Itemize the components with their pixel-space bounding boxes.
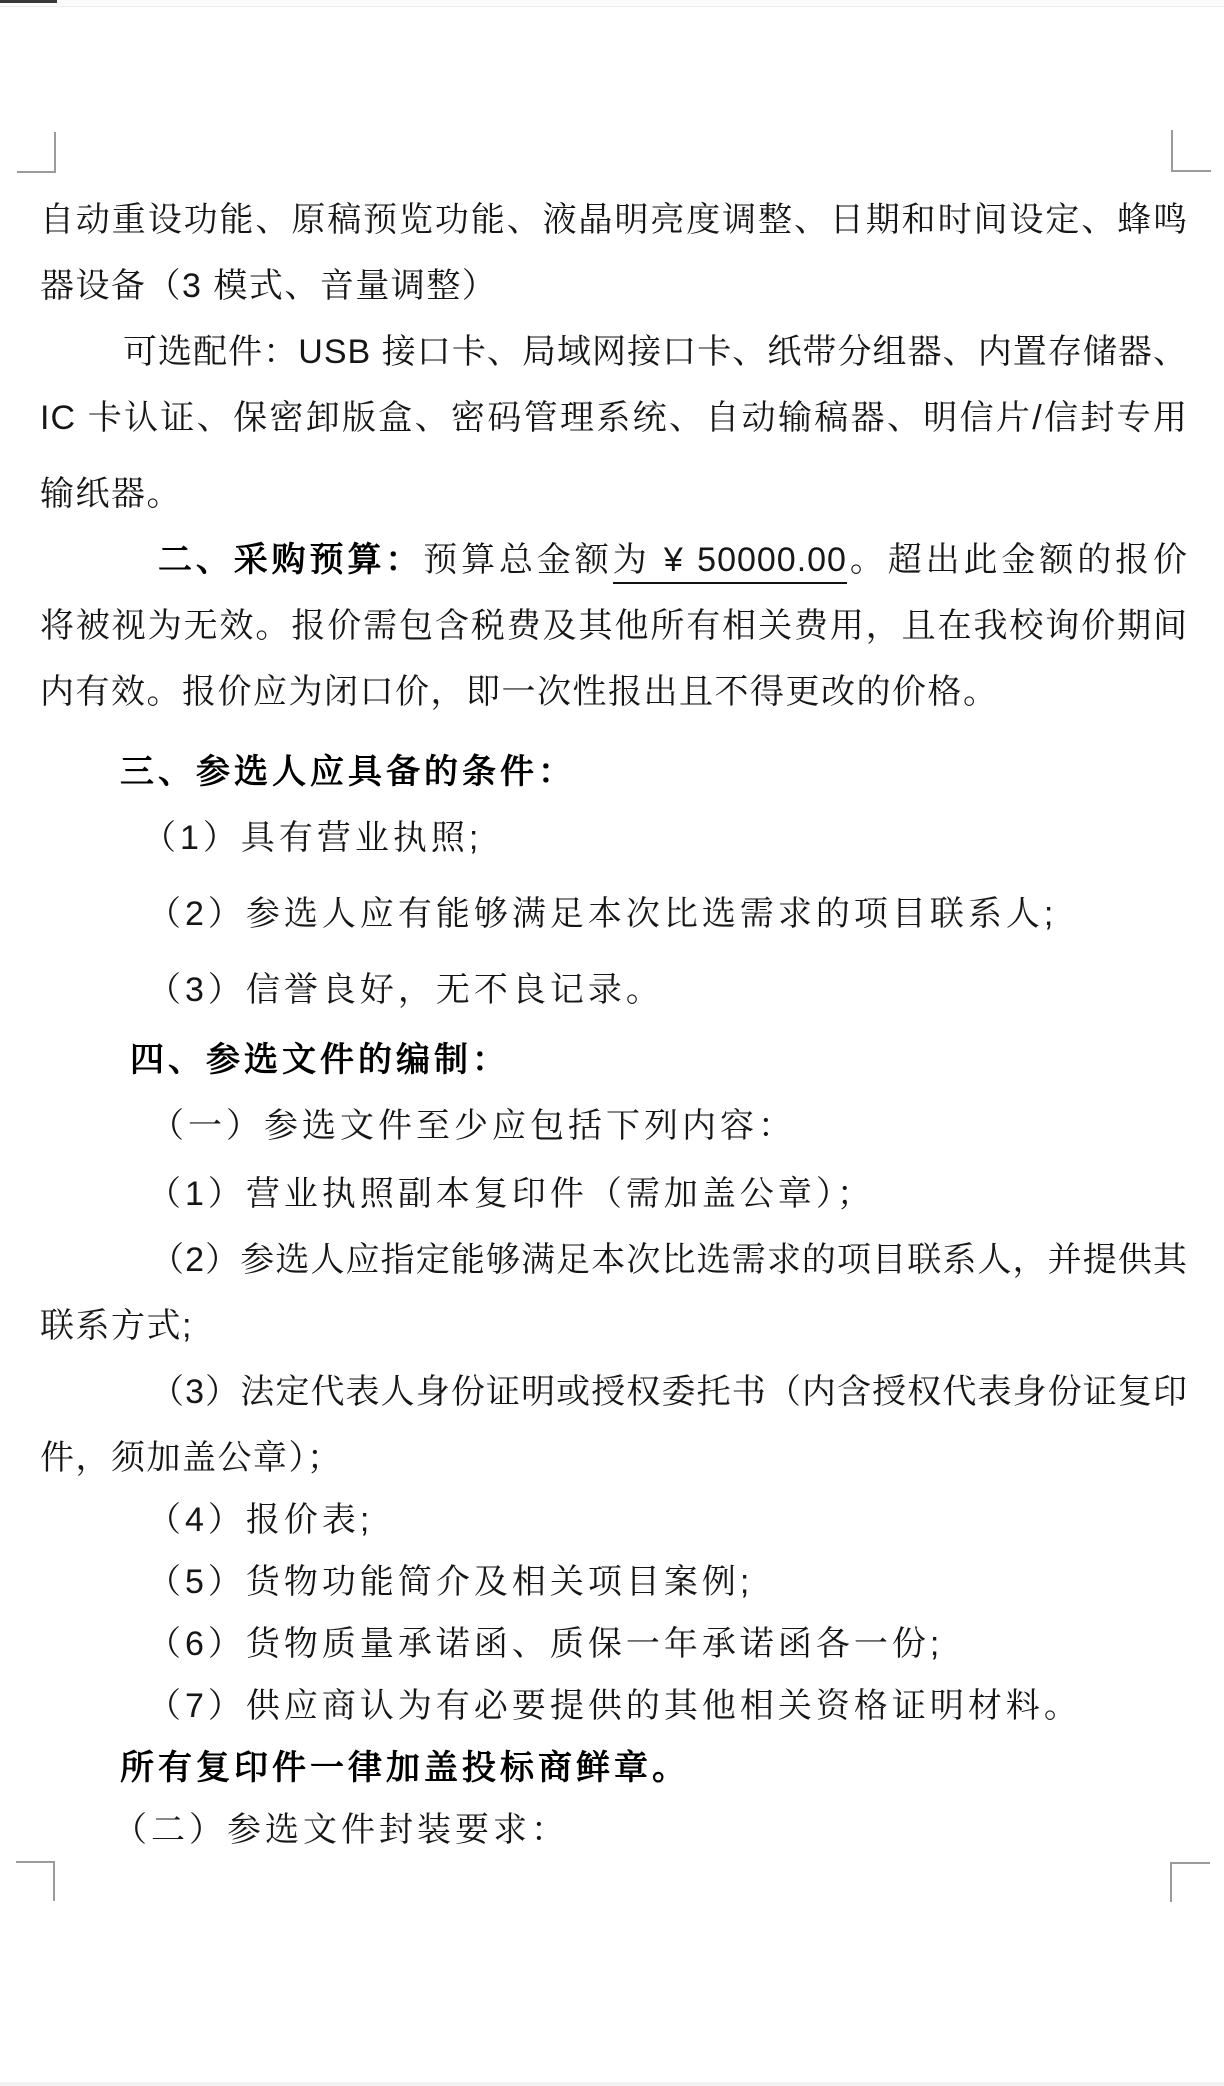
text-segment: 联系方式;: [40, 1307, 193, 1345]
text-segment: 所有复印件一律加盖投标商鲜章。: [120, 1749, 690, 1787]
text-segment: 预算总金额: [423, 541, 612, 579]
document-line: （4）报价表;: [147, 1487, 1188, 1553]
document-line: 器设备（3 模式、音量调整）: [40, 253, 1188, 319]
document-line: 将被视为无效。报价需包含税费及其他所有相关费用，且在我校询价期间: [40, 593, 1188, 659]
document-line: （1）具有营业执照;: [142, 805, 1188, 871]
text-segment: 输纸器。: [40, 475, 182, 513]
text-segment: （2）参选人应有能够满足本次比选需求的项目联系人;: [147, 895, 1057, 933]
document-line: IC 卡认证、保密卸版盒、密码管理系统、自动输稿器、明信片/信封专用: [40, 385, 1188, 451]
text-segment: 四、参选文件的编制：: [130, 1041, 510, 1079]
text-segment: （1）营业执照副本复印件（需加盖公章）；: [147, 1175, 875, 1213]
text-segment: （二）参选文件封装要求：: [113, 1811, 569, 1849]
text-segment: 自动重设功能、原稿预览功能、液晶明亮度调整、日期和时间设定、蜂鸣: [40, 201, 1188, 239]
text-segment: （3）法定代表人身份证明或授权委托书（内含授权代表身份证复印: [150, 1373, 1188, 1411]
text-segment: （3）信誉良好，无不良记录。: [147, 971, 664, 1009]
text-segment: （1）具有营业执照;: [142, 819, 482, 857]
document-line: （一）参选文件至少应包括下列内容：: [150, 1093, 1188, 1159]
text-segment: （4）报价表;: [147, 1501, 373, 1539]
margin-corner-mark-top-right: [1171, 130, 1211, 172]
budget-amount-underlined: 为 ¥ 50000.00: [613, 541, 847, 584]
document-line: 可选配件：USB 接口卡、局域网接口卡、纸带分组器、内置存储器、: [123, 319, 1188, 385]
text-segment: （7）供应商认为有必要提供的其他相关资格证明材料。: [147, 1687, 1082, 1725]
document-line: 件，须加盖公章）；: [40, 1425, 1188, 1491]
document-page: 自动重设功能、原稿预览功能、液晶明亮度调整、日期和时间设定、蜂鸣器设备（3 模式…: [0, 0, 1224, 2086]
margin-corner-mark-bottom-left: [16, 1861, 55, 1901]
text-segment: 将被视为无效。报价需包含税费及其他所有相关费用，且在我校询价期间: [40, 607, 1188, 645]
document-line: （3）信誉良好，无不良记录。: [147, 957, 1188, 1023]
document-line: （6）货物质量承诺函、质保一年承诺函各一份;: [147, 1611, 1188, 1677]
document-line: （7）供应商认为有必要提供的其他相关资格证明材料。: [147, 1673, 1188, 1739]
text-segment: 可选配件：USB 接口卡、局域网接口卡、纸带分组器、内置存储器、: [123, 333, 1188, 371]
document-line: 二、采购预算：预算总金额为 ¥ 50000.00。超出此金额的报价: [158, 527, 1188, 593]
document-line: 输纸器。: [40, 461, 1188, 527]
document-line: 联系方式;: [40, 1293, 1188, 1359]
text-segment: （2）参选人应指定能够满足本次比选需求的项目联系人，并提供其: [150, 1241, 1188, 1279]
text-segment: 内有效。报价应为闭口价，即一次性报出且不得更改的价格。: [40, 673, 999, 711]
text-segment: （5）货物功能简介及相关项目案例;: [147, 1563, 753, 1601]
document-line: （二）参选文件封装要求：: [113, 1797, 1188, 1863]
text-segment: （6）货物质量承诺函、质保一年承诺函各一份;: [147, 1625, 943, 1663]
text-segment: 二、采购预算：: [158, 541, 423, 579]
document-line: 自动重设功能、原稿预览功能、液晶明亮度调整、日期和时间设定、蜂鸣: [40, 187, 1188, 253]
document-line: （2）参选人应指定能够满足本次比选需求的项目联系人，并提供其: [150, 1227, 1188, 1293]
viewer-top-edge: [0, 0, 1224, 7]
document-line: （2）参选人应有能够满足本次比选需求的项目联系人;: [147, 881, 1188, 947]
text-segment: 器设备（3 模式、音量调整）: [40, 267, 497, 305]
document-line: 三、参选人应具备的条件：: [120, 739, 1188, 805]
text-segment: （一）参选文件至少应包括下列内容：: [150, 1107, 796, 1145]
document-line: （1）营业执照副本复印件（需加盖公章）；: [147, 1161, 1188, 1227]
viewer-bottom-edge: [0, 2082, 1224, 2086]
text-segment: 三、参选人应具备的条件：: [120, 753, 576, 791]
text-segment: 件，须加盖公章）；: [40, 1439, 343, 1477]
document-line: （3）法定代表人身份证明或授权委托书（内含授权代表身份证复印: [150, 1359, 1188, 1425]
viewer-top-left-dash: [0, 0, 57, 3]
document-line: （5）货物功能简介及相关项目案例;: [147, 1549, 1188, 1615]
text-segment: IC 卡认证、保密卸版盒、密码管理系统、自动输稿器、明信片/信封专用: [40, 399, 1188, 437]
document-line: 内有效。报价应为闭口价，即一次性报出且不得更改的价格。: [40, 659, 1188, 725]
document-line: 所有复印件一律加盖投标商鲜章。: [120, 1735, 1188, 1801]
text-segment: 。超出此金额的报价: [847, 541, 1188, 579]
document-text-body: 自动重设功能、原稿预览功能、液晶明亮度调整、日期和时间设定、蜂鸣器设备（3 模式…: [40, 187, 1188, 1863]
document-line: 四、参选文件的编制：: [130, 1027, 1188, 1093]
margin-corner-mark-top-left: [17, 132, 56, 173]
margin-corner-mark-bottom-right: [1170, 1862, 1210, 1902]
